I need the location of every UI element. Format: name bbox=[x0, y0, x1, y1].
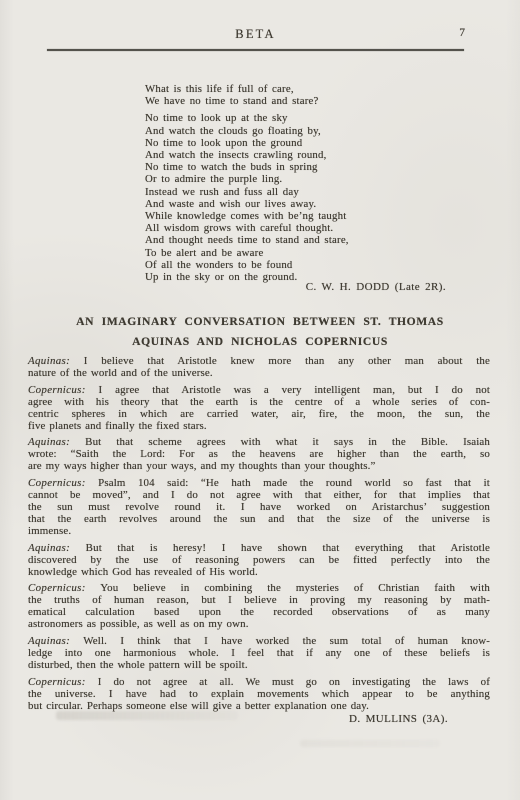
poem-line: And watch the clouds go floating by, bbox=[145, 125, 349, 137]
dialogue-paragraph: Copernicus: I do not agree at all. We mu… bbox=[28, 676, 490, 712]
body-line: ledge into one harmonious whole. I feel … bbox=[28, 647, 490, 659]
body-line: are my ways higher than your ways, and m… bbox=[28, 460, 490, 472]
poem-line: Or to admire the purple ling. bbox=[145, 173, 349, 185]
body-line: centric spheres in which are carried wat… bbox=[28, 408, 490, 420]
body-line: Copernicus: You believe in combining the… bbox=[28, 582, 490, 594]
page-number: 7 bbox=[459, 27, 465, 39]
poem-line: While knowledge comes with be’ng taught bbox=[145, 210, 349, 222]
dialogue-paragraph: Copernicus: Psalm 104 said: “He hath mad… bbox=[28, 477, 490, 537]
poem-line: No time to look up at the sky bbox=[145, 112, 349, 124]
speaker-name: Copernicus: bbox=[28, 384, 86, 396]
body-line: cannot be moved”, and I do not agree wit… bbox=[28, 489, 490, 501]
poem-line: We have no time to stand and stare? bbox=[145, 95, 349, 107]
body-line: Aquinas: I believe that Aristotle knew m… bbox=[28, 355, 490, 367]
scanned-magazine-page: BETA 7 What is this life if full of care… bbox=[0, 0, 520, 800]
speaker-name: Copernicus: bbox=[28, 582, 86, 594]
article-body: Aquinas: I believe that Aristotle knew m… bbox=[28, 355, 490, 716]
poem-line: And waste and wish our lives away. bbox=[145, 198, 349, 210]
body-line: Copernicus: I agree that Aristotle was a… bbox=[28, 384, 490, 396]
body-line: the universe. I have had to explain move… bbox=[28, 688, 490, 700]
poem-line: To be alert and be aware bbox=[145, 247, 349, 259]
body-line: the truths of human reason, but I believ… bbox=[28, 594, 490, 606]
speaker-name: Aquinas: bbox=[28, 542, 70, 554]
poem-line: And watch the insects crawling round, bbox=[145, 149, 349, 161]
journal-title: BETA bbox=[48, 27, 463, 42]
body-line: five planets and finally the fixed stars… bbox=[28, 420, 490, 432]
poem-line: No time to look upon the ground bbox=[145, 137, 349, 149]
dialogue-paragraph: Copernicus: I agree that Aristotle was a… bbox=[28, 384, 490, 432]
dialogue-paragraph: Copernicus: You believe in combining the… bbox=[28, 582, 490, 630]
poem-line: No time to watch the buds in spring bbox=[145, 161, 349, 173]
poem-stanza: No time to look up at the skyAnd watch t… bbox=[145, 112, 349, 283]
dialogue-paragraph: Aquinas: I believe that Aristotle knew m… bbox=[28, 355, 490, 379]
article-title: AN IMAGINARY CONVERSATION BETWEEN ST. TH… bbox=[28, 312, 492, 351]
dialogue-paragraph: Aquinas: Well. I think that I have worke… bbox=[28, 635, 490, 671]
article-attribution: D. MULLINS (3A). bbox=[28, 713, 448, 725]
poem-attribution: C. W. H. DODD (Late 2R). bbox=[145, 281, 446, 293]
body-line: astronomers as possible, as well as on m… bbox=[28, 618, 490, 630]
body-line: the sun must revolve round it. I have wo… bbox=[28, 501, 490, 513]
poem: What is this life if full of care,We hav… bbox=[145, 83, 349, 283]
poem-line: Of all the wonders to be found bbox=[145, 259, 349, 271]
poem-line: All wisdom grows with careful thought. bbox=[145, 222, 349, 234]
body-line: Copernicus: Psalm 104 said: “He hath mad… bbox=[28, 477, 490, 489]
body-line: Aquinas: Well. I think that I have worke… bbox=[28, 635, 490, 647]
dialogue-paragraph: Aquinas: But that is heresy! I have show… bbox=[28, 542, 490, 578]
speaker-name: Copernicus: bbox=[28, 676, 86, 688]
body-line: Aquinas: But that scheme agrees with wha… bbox=[28, 436, 490, 448]
poem-line: And thought needs time to stand and star… bbox=[145, 234, 349, 246]
poem-stanza: What is this life if full of care,We hav… bbox=[145, 83, 349, 107]
bleed-through-mark bbox=[300, 740, 440, 747]
body-line: Copernicus: I do not agree at all. We mu… bbox=[28, 676, 490, 688]
poem-line: Instead we rush and fuss all day bbox=[145, 186, 349, 198]
body-line: ematical calculation based upon the reco… bbox=[28, 606, 490, 618]
body-line: nature of the world and of the universe. bbox=[28, 367, 490, 379]
body-line: agree with his theory that the earth is … bbox=[28, 396, 490, 408]
body-line: knowledge which God has revealed of His … bbox=[28, 566, 490, 578]
dialogue-paragraph: Aquinas: But that scheme agrees with wha… bbox=[28, 436, 490, 472]
body-line: disturbed, then the whole pattern will b… bbox=[28, 659, 490, 671]
body-line: but circular. Perhaps someone else will … bbox=[28, 700, 490, 712]
article-title-line1: AN IMAGINARY CONVERSATION BETWEEN ST. TH… bbox=[28, 312, 492, 332]
speaker-name: Aquinas: bbox=[28, 355, 70, 367]
body-line: wrote: “Saith the Lord: For as the heave… bbox=[28, 448, 490, 460]
body-line: immense. bbox=[28, 525, 490, 537]
body-line: that the earth revolves around the sun a… bbox=[28, 513, 490, 525]
poem-line: What is this life if full of care, bbox=[145, 83, 349, 95]
header-rule bbox=[47, 49, 464, 51]
body-line: discovered by the use of reasoning power… bbox=[28, 554, 490, 566]
speaker-name: Aquinas: bbox=[28, 436, 70, 448]
speaker-name: Copernicus: bbox=[28, 477, 86, 489]
article-title-line2: AQUINAS AND NICHOLAS COPERNICUS bbox=[28, 332, 492, 352]
speaker-name: Aquinas: bbox=[28, 635, 70, 647]
body-line: Aquinas: But that is heresy! I have show… bbox=[28, 542, 490, 554]
